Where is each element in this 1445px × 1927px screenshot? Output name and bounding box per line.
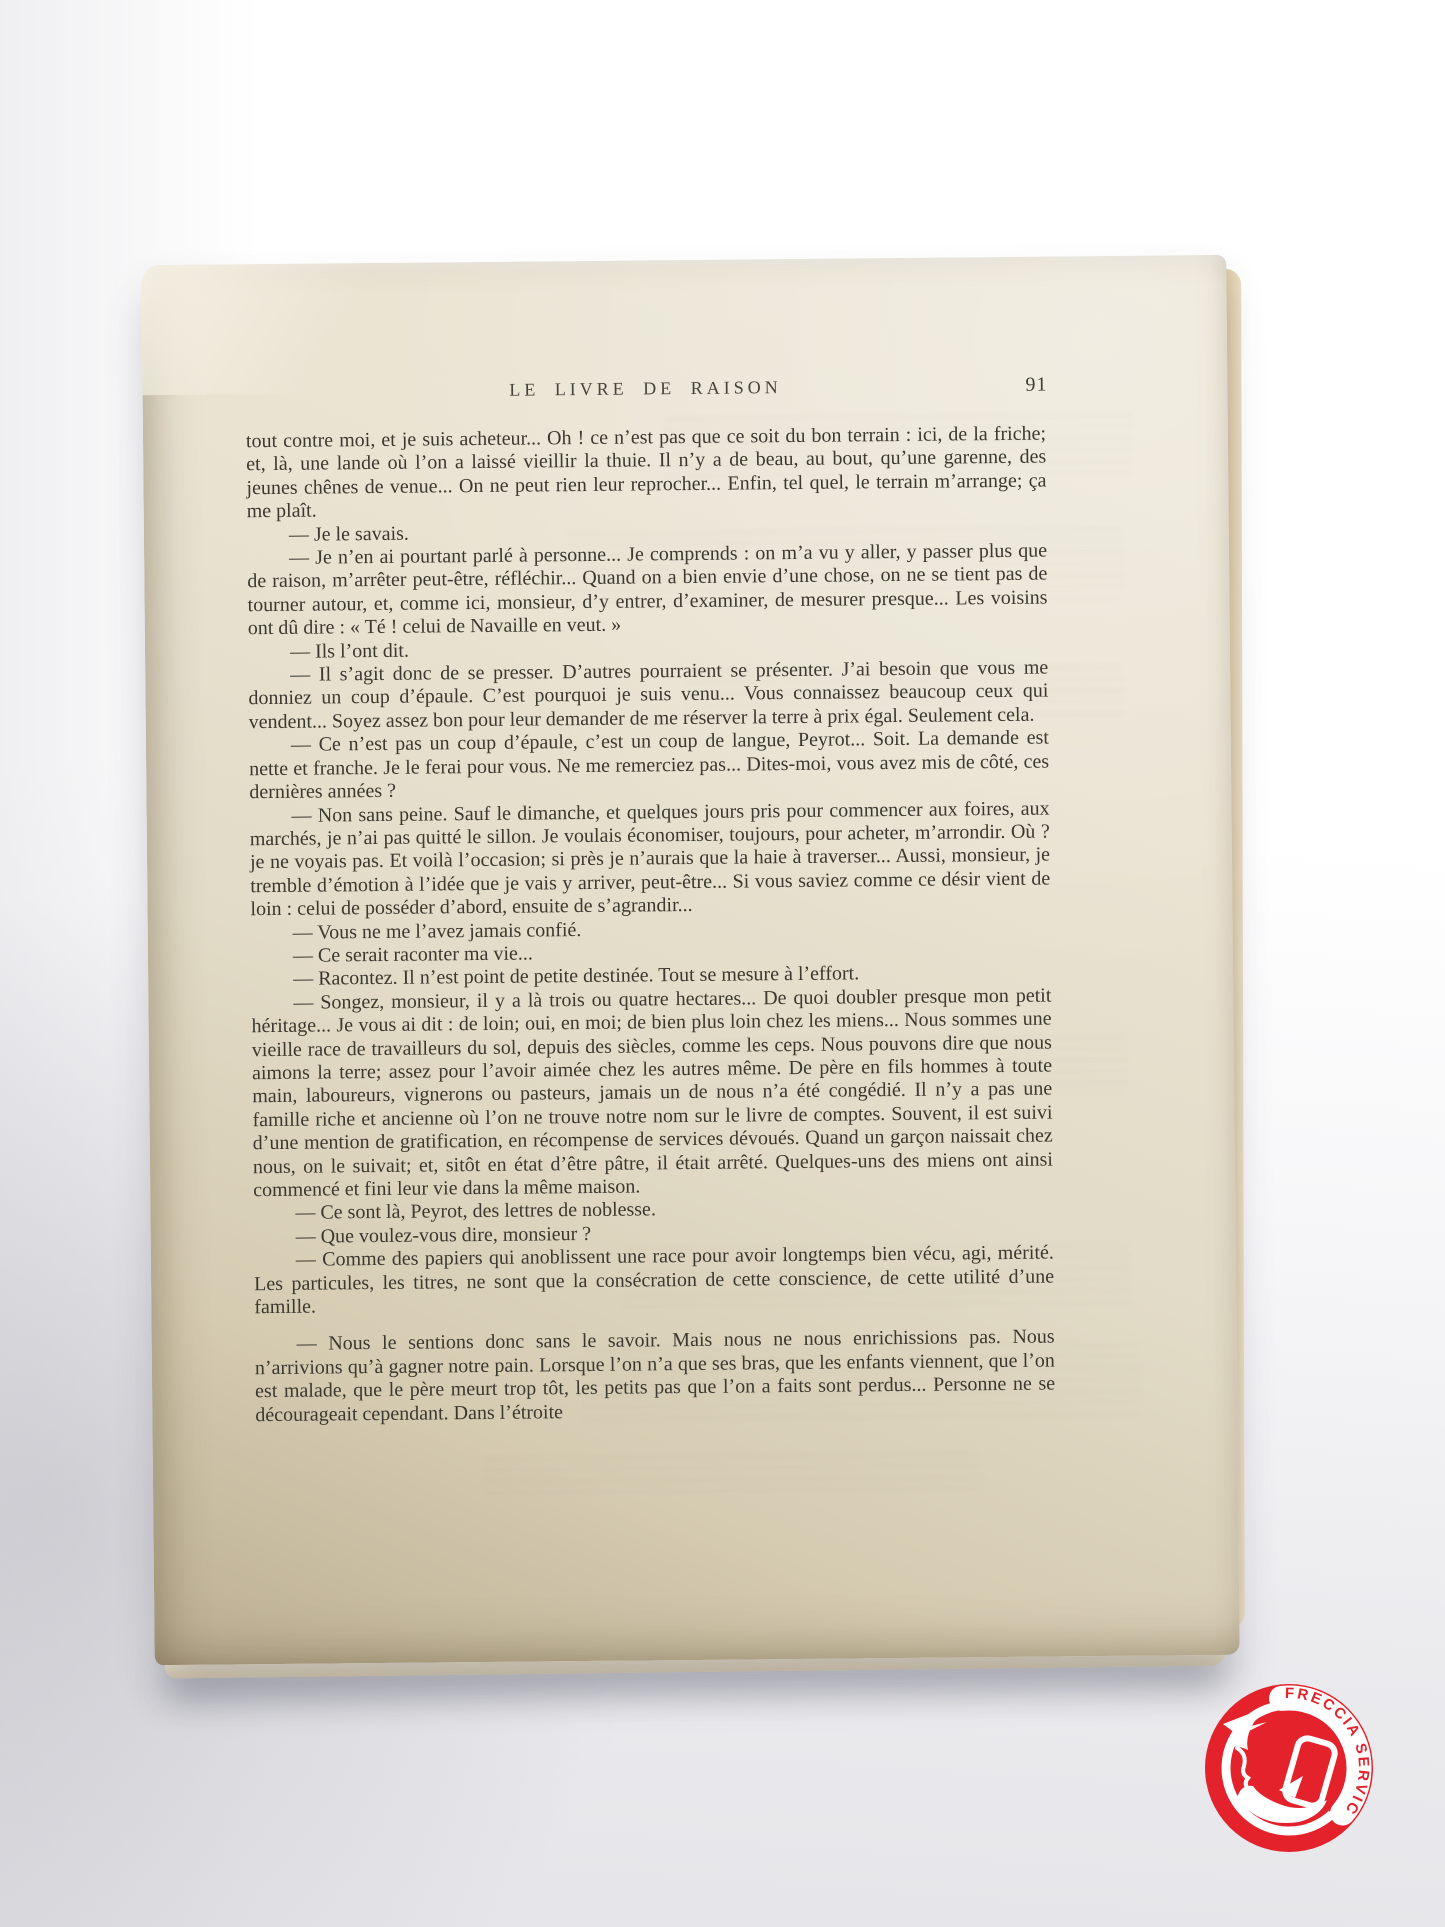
- page-body: tout contre moi, et je suis acheteur... …: [246, 423, 1056, 1428]
- paragraph: — Ce n’est pas un coup d’épaule, c’est u…: [249, 727, 1050, 805]
- photo-background: LE LIVRE DE RAISON 91 tout contre moi, e…: [0, 0, 1445, 1927]
- freccia-logo: FRECCIA SERVICE: [1203, 1682, 1375, 1854]
- paragraph: — Comme des papiers qui anoblissent une …: [254, 1242, 1055, 1320]
- book: LE LIVRE DE RAISON 91 tout contre moi, e…: [141, 255, 1239, 1665]
- printed-content: LE LIVRE DE RAISON 91 tout contre moi, e…: [245, 375, 1055, 1428]
- paragraph: — Songez, monsieur, il y a là trois ou q…: [251, 984, 1053, 1202]
- page-number: 91: [1025, 374, 1047, 397]
- page-header: LE LIVRE DE RAISON 91: [245, 375, 1045, 411]
- paragraph: — Il s’agit donc de se presser. D’autres…: [248, 657, 1049, 735]
- paragraph: — Nous le sentions donc sans le savoir. …: [255, 1326, 1056, 1427]
- paragraph: — Non sans peine. Sauf le dimanche, et q…: [249, 797, 1050, 922]
- running-title: LE LIVRE DE RAISON: [245, 375, 1045, 404]
- bleed-through-smudge: [483, 1453, 983, 1504]
- paragraph: tout contre moi, et je suis acheteur... …: [246, 423, 1047, 524]
- paragraph: — Je n’en ai pourtant parlé à personne..…: [247, 540, 1048, 641]
- book-page: LE LIVRE DE RAISON 91 tout contre moi, e…: [141, 255, 1239, 1665]
- freccia-service-watermark: FRECCIA SERVICE: [1203, 1682, 1375, 1854]
